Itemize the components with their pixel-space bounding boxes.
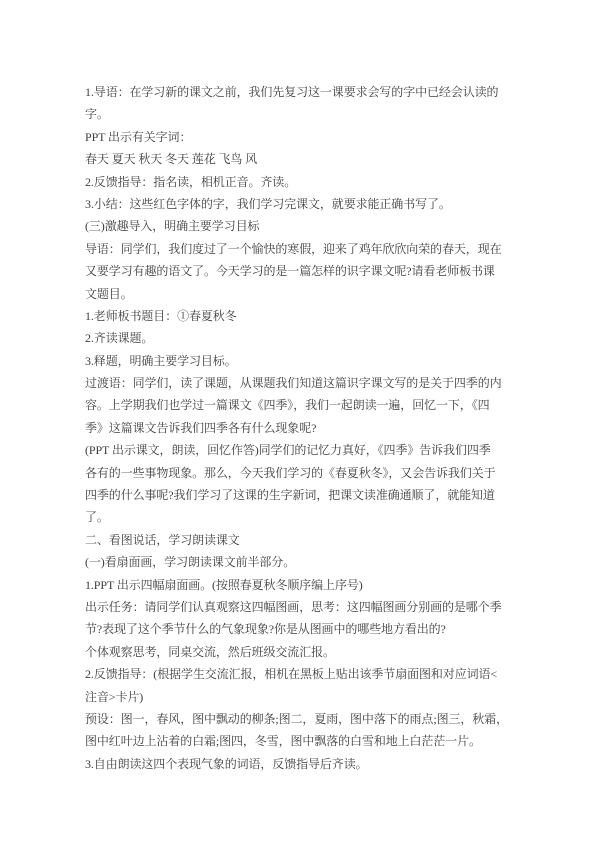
- text-line-20: 了。: [85, 506, 513, 528]
- text-line-1: 1.导语：在学习新的课文之前，我们先复习这一课要求会写的字中已经会认读的: [85, 81, 513, 103]
- text-line-17: (PPT 出示课文，朗读，回忆作答)同学们的记忆力真好，《四季》告诉我们四季: [85, 439, 513, 461]
- text-line-15: 容。上学期我们也学过一篇课文《四季》，我们一起朗读一遍，回忆一下，《四: [85, 394, 513, 416]
- text-line-12: 2.齐读课题。: [85, 327, 513, 349]
- text-line-21: 二、看图说话，学习朗读课文: [85, 529, 513, 551]
- document-page: 1.导语：在学习新的课文之前，我们先复习这一课要求会写的字中已经会认读的字。PP…: [0, 0, 595, 842]
- text-line-31: 3.自由朗读这四个表现气象的词语，反馈指导后齐读。: [85, 753, 513, 775]
- text-line-11: 1.老师板书题目：①春夏秋冬: [85, 305, 513, 327]
- text-line-29: 预设：图一，春风，图中飘动的柳条;图二，夏雨，图中落下的雨点;图三，秋霜，: [85, 708, 513, 730]
- text-line-7: (三)激趣导入，明确主要学习目标: [85, 215, 513, 237]
- text-line-30: 图中红叶边上沾着的白霜;图四，冬雪，图中飘落的白雪和地上白茫茫一片。: [85, 730, 513, 752]
- text-line-8: 导语：同学们，我们度过了一个愉快的寒假，迎来了鸡年欣欣向荣的春天，现在: [85, 238, 513, 260]
- text-line-27: 2.反馈指导：(根据学生交流汇报，相机在黑板上贴出该季节扇面图和对应词语<: [85, 663, 513, 685]
- text-line-23: 1.PPT 出示四幅扇面画。(按照春夏秋冬顺序编上序号): [85, 574, 513, 596]
- text-line-19: 四季的什么事呢?我们学习了这课的生字新词，把课文读准确通顺了，就能知道: [85, 484, 513, 506]
- text-line-18: 各有的一些事物现象。那么，今天我们学习的《春夏秋冬》，又会告诉我们关于: [85, 462, 513, 484]
- text-line-24: 出示任务：请同学们认真观察这四幅图画，思考：这四幅图画分别画的是哪个季: [85, 596, 513, 618]
- text-line-6: 3.小结：这些红色字体的字，我们学习完课文，就要求能正确书写了。: [85, 193, 513, 215]
- text-line-9: 又要学习有趣的语文了。今天学习的是一篇怎样的识字课文呢?请看老师板书课: [85, 260, 513, 282]
- text-line-28: 注音>卡片): [85, 686, 513, 708]
- text-line-13: 3.释题，明确主要学习目标。: [85, 350, 513, 372]
- text-line-14: 过渡语：同学们，读了课题，从课题我们知道这篇识字课文写的是关于四季的内: [85, 372, 513, 394]
- text-line-22: (一)看扇面画，学习朗读课文前半部分。: [85, 551, 513, 573]
- text-line-10: 文题目。: [85, 283, 513, 305]
- text-line-4: 春天 夏天 秋天 冬天 莲花 飞鸟 风: [85, 148, 513, 170]
- text-line-26: 个体观察思考，同桌交流，然后班级交流汇报。: [85, 641, 513, 663]
- text-line-25: 节?表现了这个季节什么的气象现象?你是从图画中的哪些地方看出的?: [85, 618, 513, 640]
- text-line-2: 字。: [85, 103, 513, 125]
- text-line-16: 季》这篇课文告诉我们四季各有什么现象呢?: [85, 417, 513, 439]
- text-content: 1.导语：在学习新的课文之前，我们先复习这一课要求会写的字中已经会认读的字。PP…: [85, 81, 513, 775]
- text-line-3: PPT 出示有关字词：: [85, 126, 513, 148]
- text-line-5: 2.反馈指导：指名读，相机正音。齐读。: [85, 171, 513, 193]
